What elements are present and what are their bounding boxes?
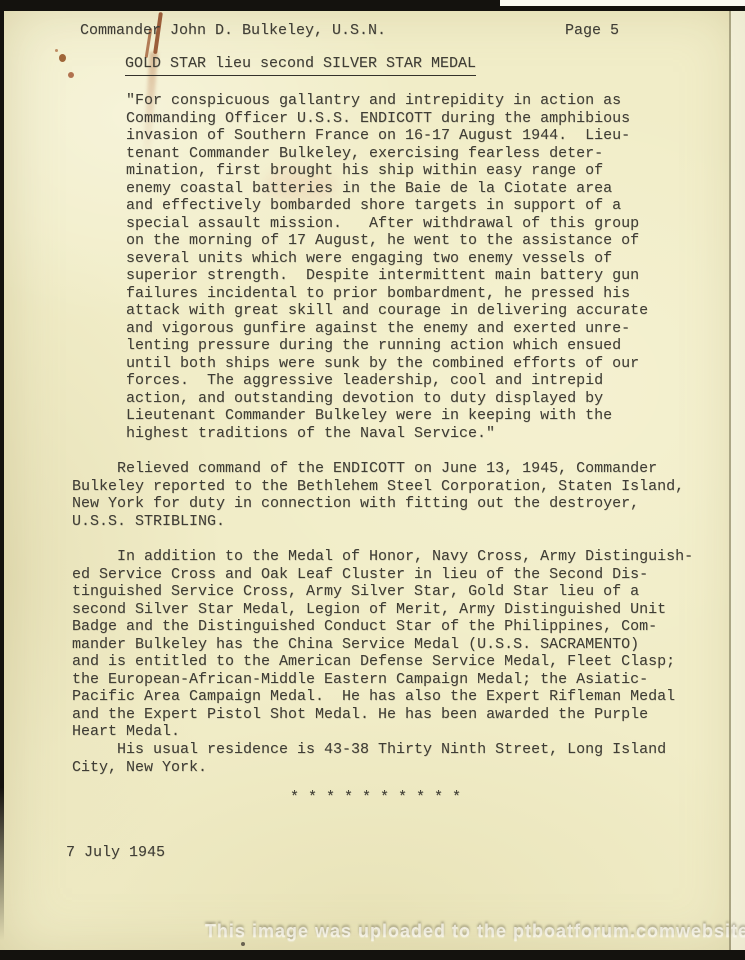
paragraph-relieved-command: Relieved command of the ENDICOTT on June… [72,460,684,530]
rust-spot [68,72,74,78]
paper-edge-strip [731,11,745,950]
paragraph-awards: In addition to the Medal of Honor, Navy … [72,548,693,741]
medal-heading: GOLD STAR lieu second SILVER STAR MEDAL [125,55,476,76]
forum-watermark: This image was uploaded to the ptboatfor… [205,921,745,942]
document-author-line: Commander John D. Bulkeley, U.S.N. [80,22,386,40]
citation-block: "For conspicuous gallantry and intrepidi… [126,92,648,442]
scanned-document-page: Commander John D. Bulkeley, U.S.N. Page … [0,0,745,960]
scan-edge-left [0,0,4,960]
paragraph-residence: His usual residence is 43-38 Thirty Nint… [72,741,666,776]
rust-spot [55,49,58,52]
ink-speck [241,942,245,946]
asterisk-separator: * * * * * * * * * * [290,789,461,807]
page-number: Page 5 [565,22,619,40]
date-line: 7 July 1945 [66,844,165,862]
rust-spot [59,54,66,62]
scan-edge-bottom [0,950,745,960]
scan-paper-sliver [500,0,745,6]
